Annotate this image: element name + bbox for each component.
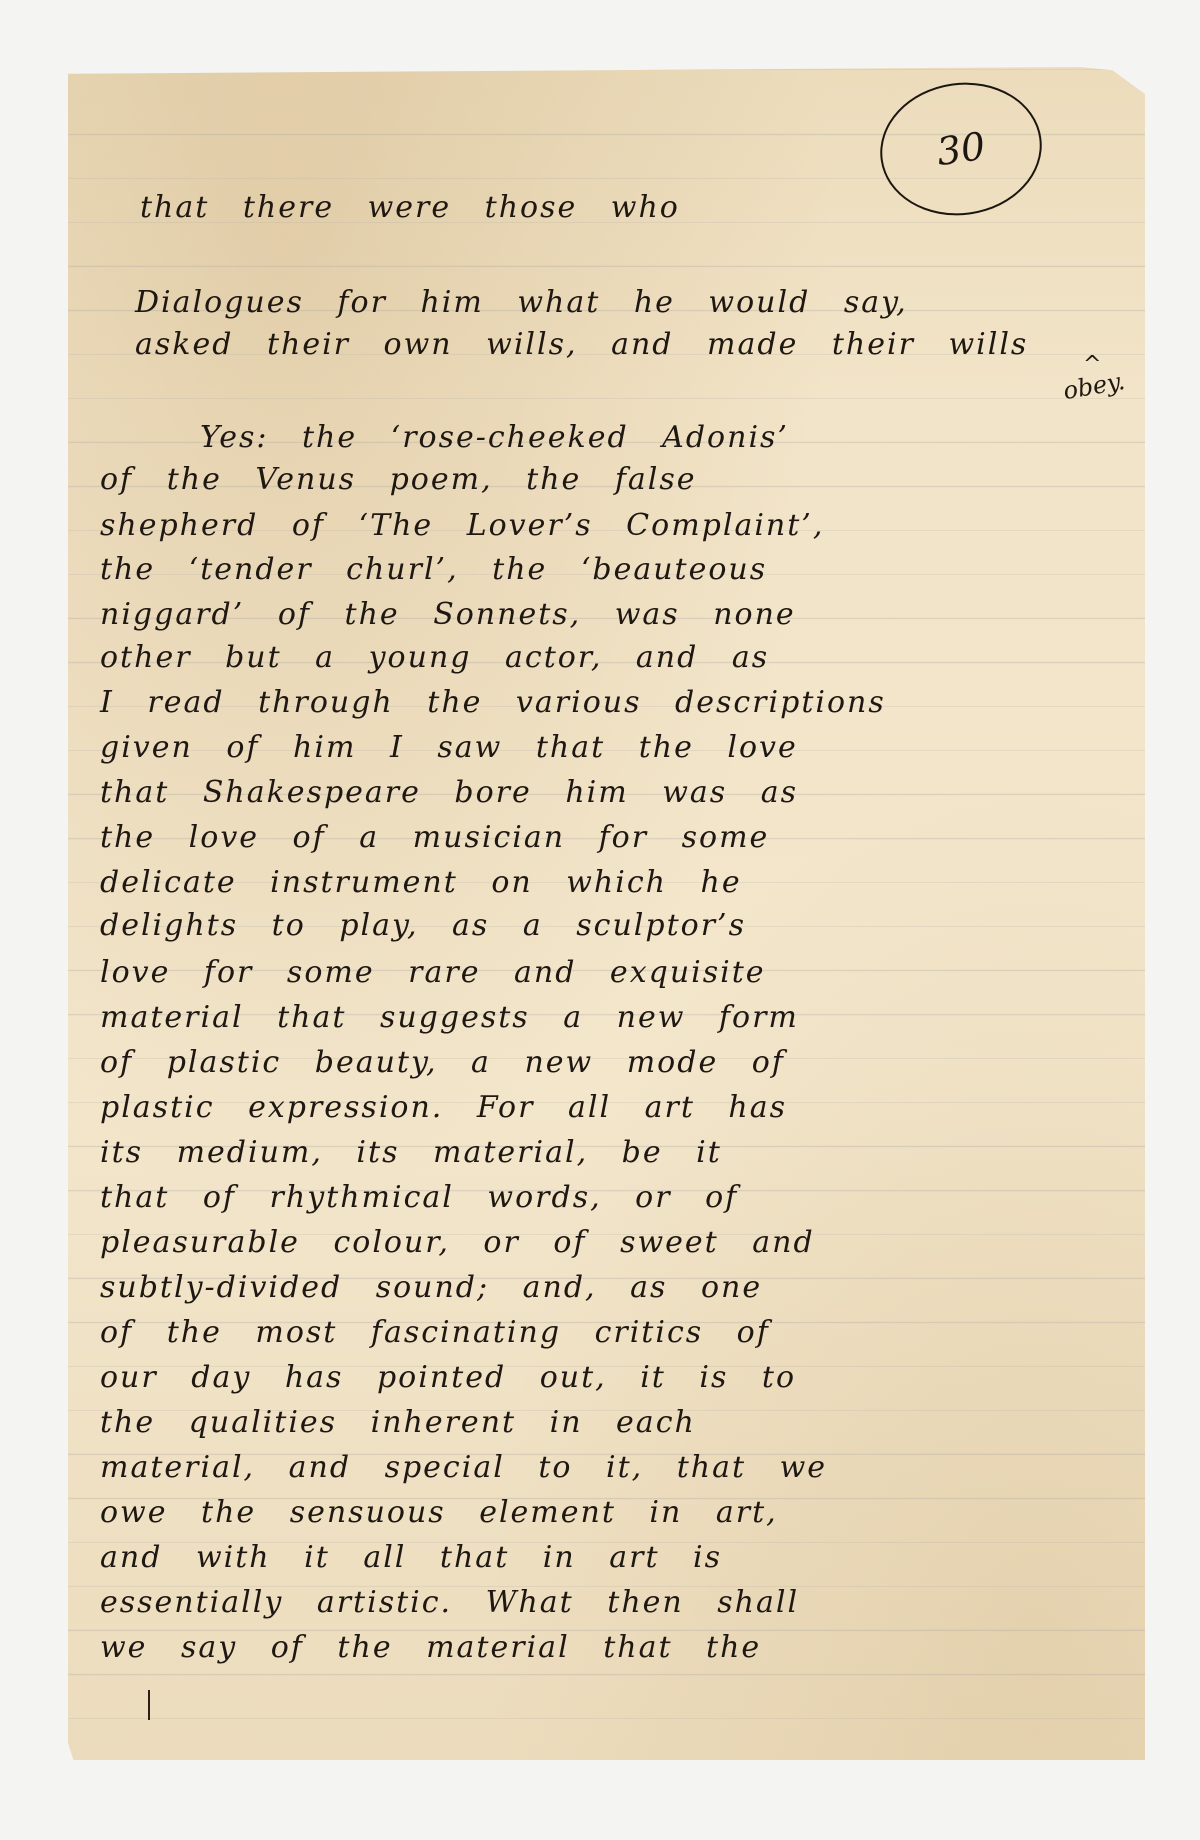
manuscript-line: other but a young actor, and as — [100, 640, 769, 675]
manuscript-line: that of rhythmical words, or of — [100, 1180, 738, 1215]
manuscript-line: that Shakespeare bore him was as — [100, 775, 798, 810]
manuscript-line: our day has pointed out, it is to — [100, 1360, 796, 1395]
manuscript-line: of plastic beauty, a new mode of — [100, 1045, 785, 1080]
stray-ink-mark — [148, 1690, 150, 1720]
manuscript-line: that there were those who — [140, 190, 680, 225]
manuscript-line: pleasurable colour, or of sweet and — [100, 1225, 815, 1260]
manuscript-line: material that suggests a new form — [100, 1000, 799, 1035]
manuscript-line: material, and special to it, that we — [100, 1450, 827, 1485]
manuscript-line: shepherd of ‘The Lover’s Complaint’, — [100, 508, 824, 543]
manuscript-line: subtly-divided sound; and, as one — [100, 1270, 762, 1305]
manuscript-line: Dialogues for him what he would say, — [135, 285, 908, 320]
manuscript-line: and with it all that in art is — [100, 1540, 722, 1575]
manuscript-line: its medium, its material, be it — [100, 1135, 722, 1170]
manuscript-line: delights to play, as a sculptor’s — [100, 908, 746, 943]
manuscript-line: the qualities inherent in each — [100, 1405, 696, 1440]
manuscript-line: asked their own wills, and made their wi… — [135, 327, 1028, 362]
manuscript-line: Yes: the ‘rose-cheeked Adonis’ — [200, 420, 789, 455]
manuscript-line: niggard’ of the Sonnets, was none — [100, 597, 796, 632]
manuscript-line: of the Venus poem, the false — [100, 462, 697, 497]
manuscript-line: the ‘tender churl’, the ‘beauteous — [100, 552, 767, 587]
manuscript-line: of the most fascinating critics of — [100, 1315, 770, 1350]
manuscript-line: love for some rare and exquisite — [100, 955, 766, 990]
manuscript-line: delicate instrument on which he — [100, 865, 742, 900]
manuscript-line: owe the sensuous element in art, — [100, 1495, 778, 1530]
manuscript-line: we say of the material that the — [100, 1630, 761, 1665]
manuscript-line: given of him I saw that the love — [100, 730, 798, 765]
manuscript-line: essentially artistic. What then shall — [100, 1585, 799, 1620]
manuscript-line: I read through the various descriptions — [100, 685, 886, 720]
manuscript-line: plastic expression. For all art has — [100, 1090, 787, 1125]
manuscript-line: the love of a musician for some — [100, 820, 769, 855]
page-number-text: 30 — [934, 124, 988, 174]
